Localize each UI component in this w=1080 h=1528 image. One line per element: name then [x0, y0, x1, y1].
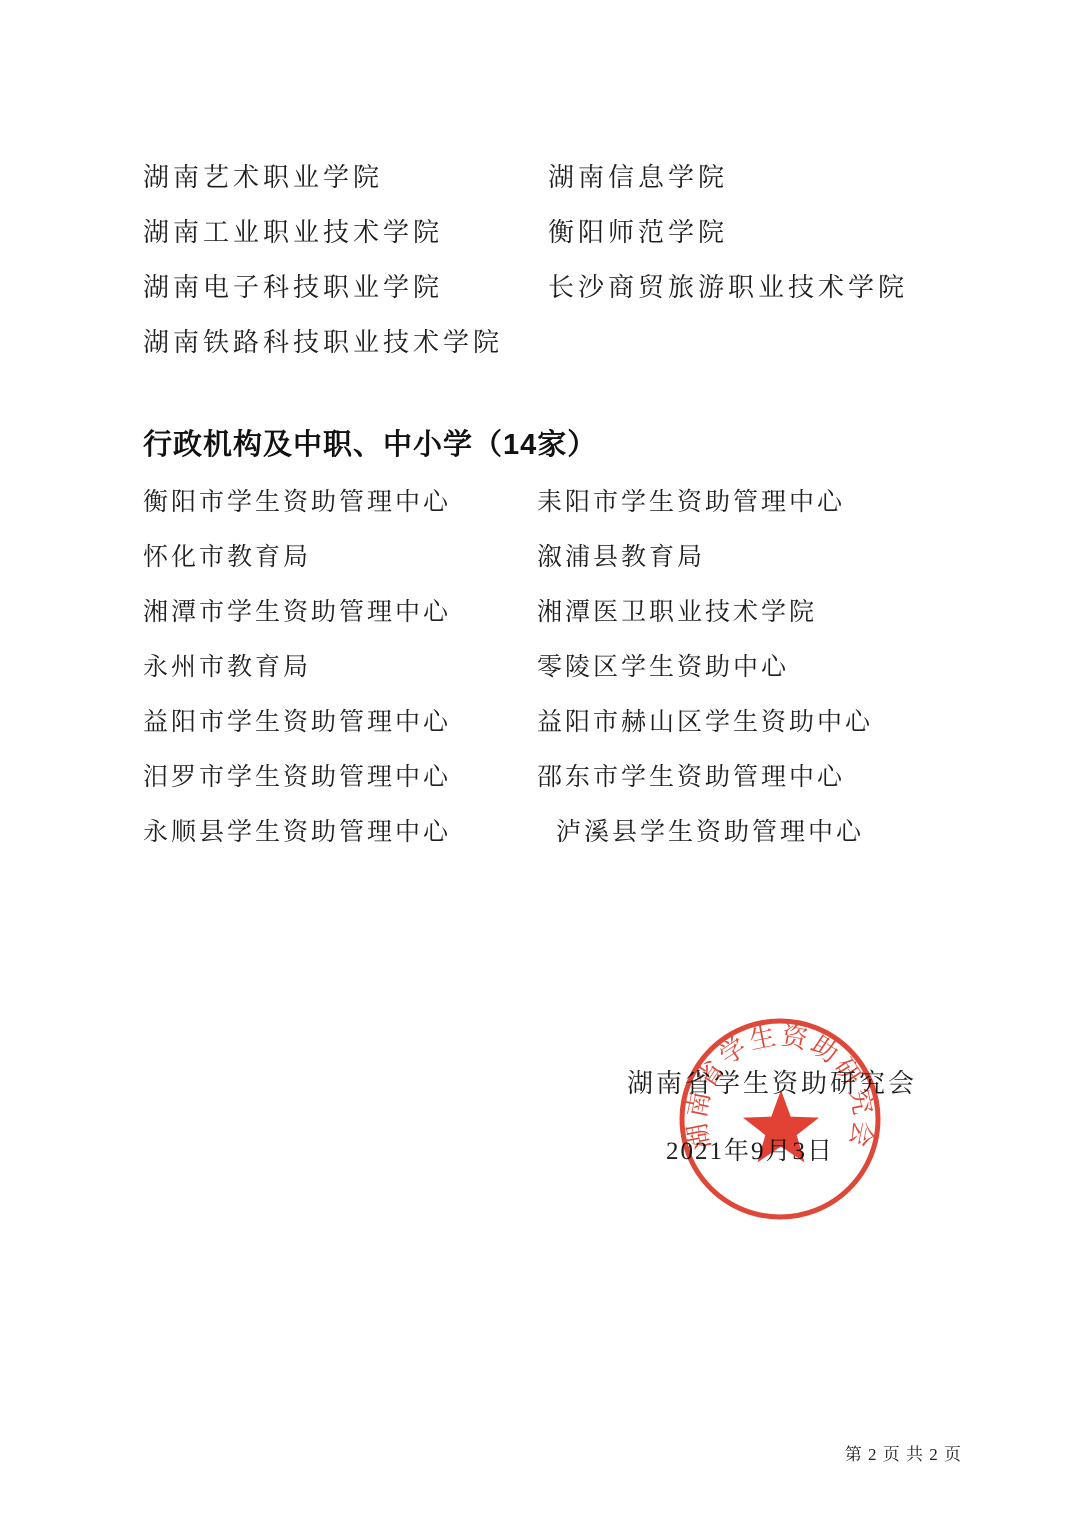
document-page: 湖南艺术职业学院 湖南信息学院 湖南工业职业技术学院 衡阳师范学院 湖南电子科技… — [0, 0, 1080, 1528]
seal-star-icon — [743, 1090, 819, 1162]
page-number: 第 2 页 共 2 页 — [845, 1440, 962, 1465]
university-name: 湖南电子科技职业学院 — [143, 260, 443, 315]
org-name: 泸溪县学生资助管理中心 — [556, 805, 864, 860]
org-name: 永州市教育局 — [143, 640, 311, 695]
list-item: 怀化市教育局 溆浦县教育局 — [0, 530, 1080, 585]
list-item: 湖南工业职业技术学院 衡阳师范学院 — [0, 205, 1080, 260]
list-item: 益阳市学生资助管理中心 益阳市赫山区学生资助中心 — [0, 695, 1080, 750]
org-name: 衡阳市学生资助管理中心 — [143, 475, 451, 530]
org-name: 耒阳市学生资助管理中心 — [537, 475, 845, 530]
org-name: 零陵区学生资助中心 — [537, 640, 789, 695]
university-name: 湖南艺术职业学院 — [143, 150, 383, 205]
list-item: 永顺县学生资助管理中心 泸溪县学生资助管理中心 — [0, 805, 1080, 860]
list-item: 汨罗市学生资助管理中心 邵东市学生资助管理中心 — [0, 750, 1080, 805]
list-item: 湖南艺术职业学院 湖南信息学院 — [0, 150, 1080, 205]
section-heading: 行政机构及中职、中小学（14家） — [143, 425, 597, 465]
org-name: 益阳市赫山区学生资助中心 — [537, 695, 873, 750]
org-name: 邵东市学生资助管理中心 — [537, 750, 845, 805]
university-name: 湖南铁路科技职业技术学院 — [143, 315, 503, 370]
list-item: 湖南电子科技职业学院 长沙商贸旅游职业技术学院 — [0, 260, 1080, 315]
university-name: 湖南信息学院 — [548, 150, 728, 205]
list-item: 永州市教育局 零陵区学生资助中心 — [0, 640, 1080, 695]
university-name: 长沙商贸旅游职业技术学院 — [548, 260, 908, 315]
list-item: 衡阳市学生资助管理中心 耒阳市学生资助管理中心 — [0, 475, 1080, 530]
org-name: 湘潭市学生资助管理中心 — [143, 585, 451, 640]
org-name: 溆浦县教育局 — [537, 530, 705, 585]
list-item: 湖南铁路科技职业技术学院 — [0, 315, 1080, 370]
org-name: 怀化市教育局 — [143, 530, 311, 585]
admin-org-list: 衡阳市学生资助管理中心 耒阳市学生资助管理中心 怀化市教育局 溆浦县教育局 湘潭… — [0, 475, 1080, 860]
org-name: 益阳市学生资助管理中心 — [143, 695, 451, 750]
official-seal: 湖南省学生资助研究会 — [665, 1004, 895, 1234]
org-name: 汨罗市学生资助管理中心 — [143, 750, 451, 805]
university-list: 湖南艺术职业学院 湖南信息学院 湖南工业职业技术学院 衡阳师范学院 湖南电子科技… — [0, 150, 1080, 370]
university-name: 湖南工业职业技术学院 — [143, 205, 443, 260]
list-item: 湘潭市学生资助管理中心 湘潭医卫职业技术学院 — [0, 585, 1080, 640]
university-name: 衡阳师范学院 — [548, 205, 728, 260]
org-name: 湘潭医卫职业技术学院 — [537, 585, 817, 640]
org-name: 永顺县学生资助管理中心 — [143, 805, 451, 860]
